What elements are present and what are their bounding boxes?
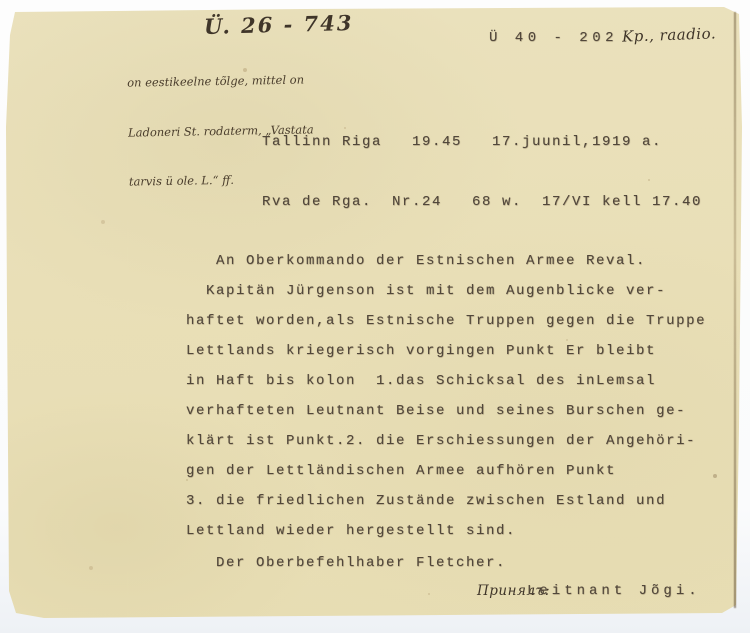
body-line: haftet worden,als Estnische Truppen gege… xyxy=(186,313,706,329)
body-line: Kapitän Jürgenson ist mit dem Augenblick… xyxy=(186,283,666,299)
typed-reference-number: Ü 40 - 202 xyxy=(489,30,618,46)
body-line: in Haft bis kolon 1.das Schicksal des in… xyxy=(186,373,656,389)
body-line: An Oberkommando der Estnischen Armee Rev… xyxy=(186,253,646,269)
handwritten-note-line: tarvis ü ole. L.“ ff. xyxy=(129,170,315,190)
body-line: Lettland wieder hergestellt sind. xyxy=(186,523,516,539)
received-by-name: Leitnant Jõgi. xyxy=(527,583,701,599)
body-line: verhafteten Leutnant Beise und seines Bu… xyxy=(186,403,686,419)
handwritten-note-line: on eestikeelne tõlge, mittel on xyxy=(127,71,313,91)
body-line: Lettlands kriegerisch vorgingen Punkt Er… xyxy=(186,343,656,359)
handwritten-registry-number: Ü. 26 - 743 xyxy=(204,10,354,39)
body-line: 3. die friedlichen Zustände zwischen Est… xyxy=(186,493,666,509)
paper-crease xyxy=(734,12,736,608)
body-line: gen der Lettländischen Armee aufhören Pu… xyxy=(186,463,616,479)
telegram-routing-line: Rva de Rga. Nr.24 68 w. 17/VI kell 17.40 xyxy=(262,194,702,210)
body-line: klärt ist Punkt.2. die Erschiessungen de… xyxy=(186,433,696,449)
handwritten-radio-note: Kp., raadio. xyxy=(622,24,717,45)
signature-line: Der Oberbefehlhaber Fletcher. xyxy=(186,555,506,571)
dateline: Tallinn Riga 19.45 17.juunil,1919 a. xyxy=(262,134,662,150)
document-content: Ü. 26 - 743 on eestikeelne tõlge, mittel… xyxy=(0,0,750,633)
